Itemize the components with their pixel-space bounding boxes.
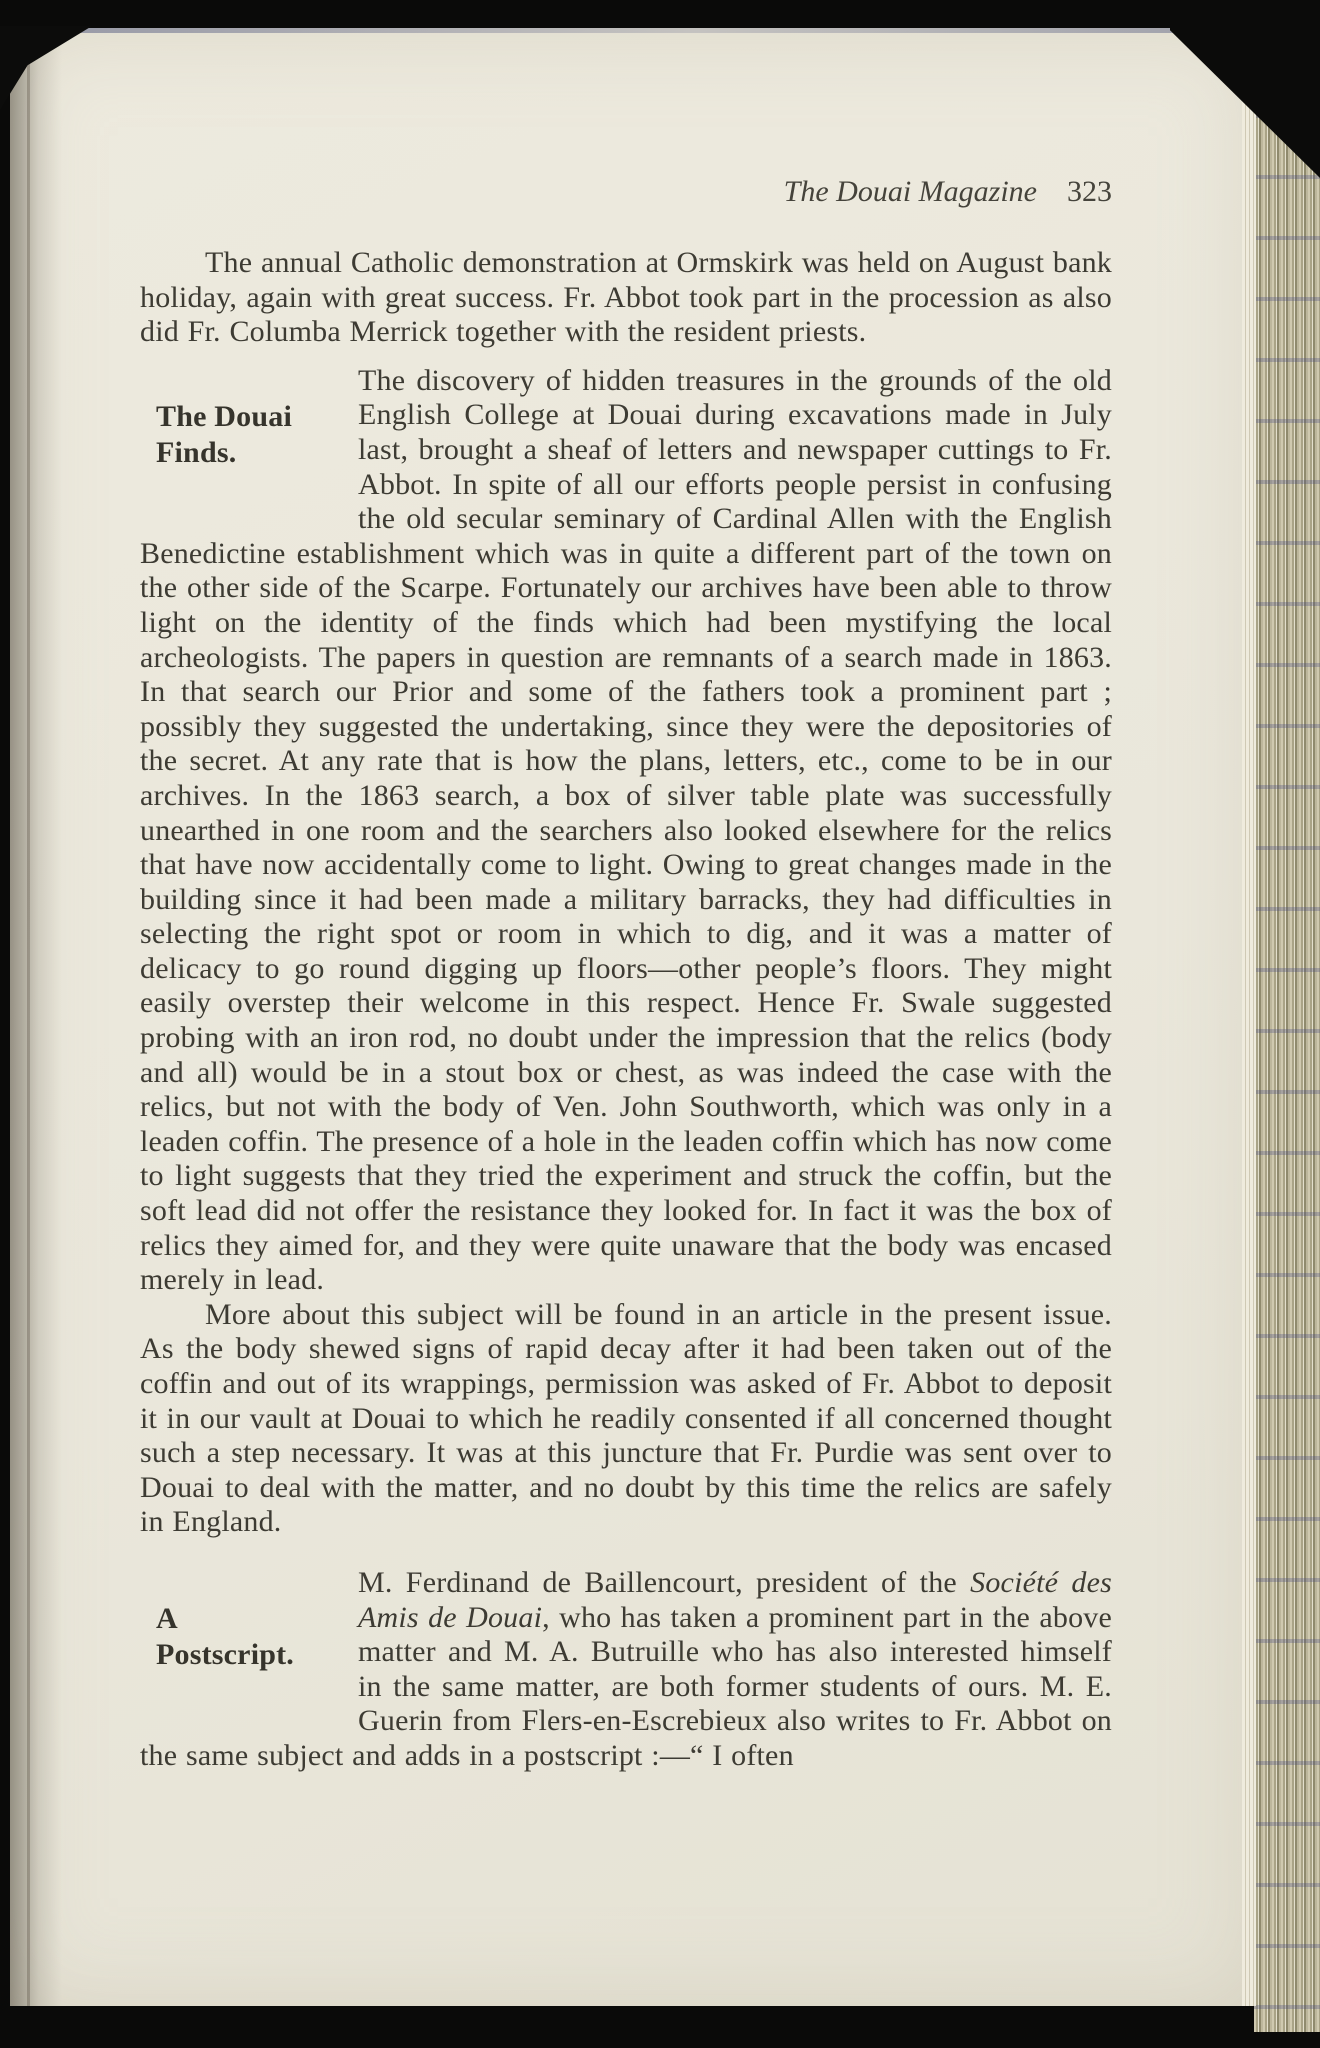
section-postscript: A Postscript. M. Ferdinand de Baillencou…	[140, 1566, 1112, 1774]
sidehead-postscript-line2: Postscript.	[156, 1638, 294, 1671]
gutter-crease	[27, 28, 30, 2006]
page-content: The Douai Magazine 323 The annual Cathol…	[140, 28, 1112, 1774]
running-header: The Douai Magazine 323	[140, 174, 1112, 210]
book-page-edges	[1254, 40, 1320, 2032]
douai-finds-body-text: The discovery of hidden treasures in the…	[140, 364, 1112, 1296]
postscript-body-before: M. Ferdinand de Baillencourt, president …	[358, 1566, 970, 1599]
gutter-shadow	[10, 28, 62, 2006]
paragraph-ormskirk: The annual Catholic demonstration at Orm…	[140, 246, 1112, 350]
page-number: 323	[1067, 174, 1112, 210]
sidehead-douai-finds-line2: Finds.	[156, 436, 236, 469]
paragraph-more-about: More about this subject will be found in…	[140, 1298, 1112, 1540]
sidehead-douai-finds: The Douai Finds.	[140, 364, 358, 503]
scanned-page: The Douai Magazine 323 The annual Cathol…	[10, 28, 1256, 2006]
page-fore-edge-lines	[1242, 28, 1256, 2006]
sidehead-douai-finds-line1: The Douai	[156, 400, 292, 433]
magazine-title: The Douai Magazine	[784, 174, 1037, 210]
section-douai-finds: The Douai Finds. The discovery of hidden…	[140, 364, 1112, 1298]
sidehead-postscript-line1: A	[156, 1602, 178, 1635]
sidehead-postscript: A Postscript.	[140, 1566, 358, 1705]
